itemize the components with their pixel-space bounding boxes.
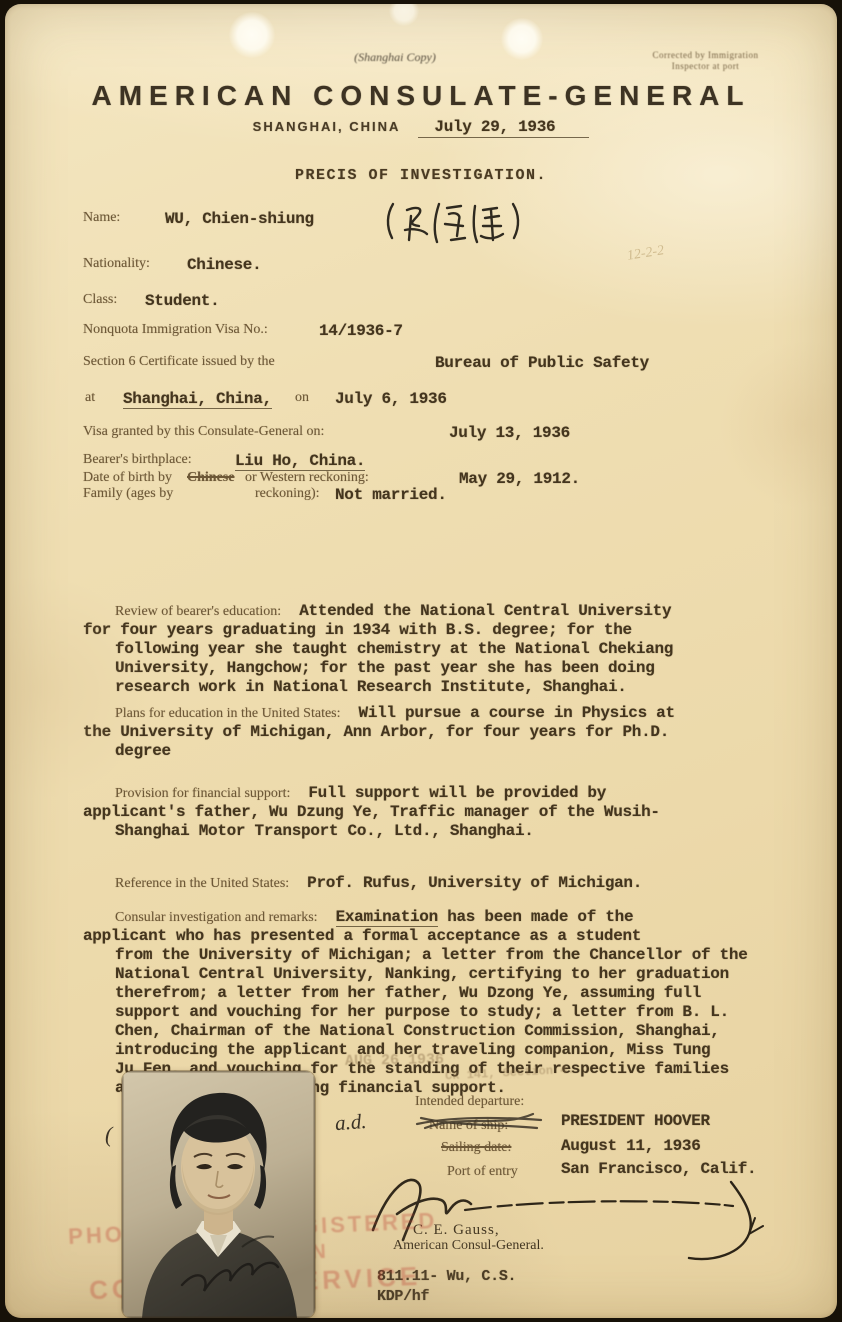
section-support-body: applicant's father, Wu Dzung Ye, Traffic…	[115, 803, 819, 841]
field-section6-label: Section 6 Certificate issued by the	[83, 354, 275, 370]
section-education-label: Review of bearer's education:	[115, 604, 281, 619]
chinese-name-handwriting	[383, 196, 523, 248]
field-issued-place: Shanghai, China,	[123, 390, 272, 409]
field-section6: Section 6 Certificate issued by the Bure…	[83, 354, 823, 376]
section-plans-body: the University of Michigan, Ann Arbor, f…	[115, 723, 819, 761]
field-name-label: Name:	[83, 210, 120, 226]
ship-row: Name of ship:	[429, 1116, 508, 1134]
field-issued-at: at Shanghai, China, on July 6, 1936	[83, 390, 823, 412]
received-date-stamp: AUG 26 1936	[345, 1051, 444, 1070]
letterhead-organization: AMERICAN CONSULATE-GENERAL	[5, 80, 837, 112]
field-issued-at-label: at	[85, 390, 95, 406]
scribble-overlay	[415, 1108, 545, 1136]
field-family-label-pre: Family (ages by	[83, 486, 173, 502]
field-name-value: WU, Chien-shiung	[165, 210, 314, 228]
field-nationality-label: Nationality:	[83, 256, 150, 272]
field-class: Class: Student.	[83, 292, 823, 314]
field-visa-number: Nonquota Immigration Visa No.: 14/1936-7	[83, 322, 823, 344]
field-visa-number-label: Nonquota Immigration Visa No.:	[83, 322, 268, 338]
letterhead-subline: SHANGHAI, CHINA July 29, 1936	[5, 118, 837, 136]
ship-value: PRESIDENT HOOVER	[561, 1112, 710, 1130]
field-nationality: Nationality: Chinese.	[83, 256, 823, 278]
field-visa-number-value: 14/1936-7	[319, 322, 403, 340]
letterhead-date: July 29, 1936	[418, 118, 589, 138]
field-issued-on-label: on	[295, 390, 309, 406]
field-visa-granted-value: July 13, 1936	[449, 424, 570, 442]
corner-note: (Shanghai Copy)	[305, 50, 485, 65]
section-education-lead: Attended the National Central University	[299, 602, 671, 620]
letterhead-location: SHANGHAI, CHINA	[253, 119, 401, 134]
immigration-stamp-line1: Corrected by Immigration	[613, 50, 798, 61]
immigration-stamp: Corrected by Immigration Inspector at po…	[613, 50, 798, 72]
field-birthplace-value: Liu Ho, China.	[235, 452, 365, 471]
field-visa-granted-label: Visa granted by this Consulate-General o…	[83, 424, 324, 440]
field-visa-granted: Visa granted by this Consulate-General o…	[83, 424, 823, 446]
immigration-stamp-line2: Inspector at port	[613, 61, 798, 72]
field-family: Family (ages by reckoning): Not married.	[83, 486, 823, 508]
field-dob-label-post: or Western reckoning:	[245, 470, 369, 486]
light-spot	[389, 4, 419, 26]
hole-punch-left	[229, 12, 275, 58]
section-remarks-label: Consular investigation and remarks:	[115, 910, 318, 925]
section-plans-label: Plans for education in the United States…	[115, 706, 341, 721]
sailing-date-label: Sailing date:	[441, 1140, 511, 1156]
field-dob-label-pre: Date of birth by	[83, 470, 172, 486]
field-section6-value: Bureau of Public Safety	[435, 354, 649, 372]
field-family-label-post: reckoning):	[255, 486, 320, 502]
section-support: Provision for financial support:Full sup…	[83, 764, 819, 860]
document-page: (Shanghai Copy) Corrected by Immigration…	[5, 4, 837, 1318]
section-remarks-lead-rest: has been made of the	[438, 908, 633, 926]
handwritten-ad: a.d.	[334, 1109, 367, 1136]
document-scan: { "document": { "corner_note": "(Shangha…	[0, 0, 842, 1322]
field-nationality-value: Chinese.	[187, 256, 261, 274]
field-family-value: Not married.	[335, 486, 447, 504]
hole-punch-right	[501, 18, 543, 60]
field-issued-date: July 6, 1936	[335, 390, 447, 408]
field-dob-struck-word: Chinese	[187, 470, 234, 486]
field-name: Name: WU, Chien-shiung	[83, 210, 823, 232]
passport-photo	[122, 1071, 315, 1318]
field-class-label: Class:	[83, 292, 117, 308]
field-class-value: Student.	[145, 292, 219, 310]
section-support-lead: Full support will be provided by	[308, 784, 606, 802]
section-remarks-lead-underlined: Examination	[336, 908, 438, 927]
section-plans-lead: Will pursue a course in Physics at	[359, 704, 675, 722]
sailing-date-value: August 11, 1936	[561, 1137, 701, 1155]
section-support-label: Provision for financial support:	[115, 786, 290, 801]
passport-photo-image	[122, 1071, 315, 1318]
field-birthplace-label: Bearer's birthplace:	[83, 452, 192, 468]
margin-bracket: (	[105, 1122, 112, 1148]
document-title: PRECIS OF INVESTIGATION.	[5, 167, 837, 184]
